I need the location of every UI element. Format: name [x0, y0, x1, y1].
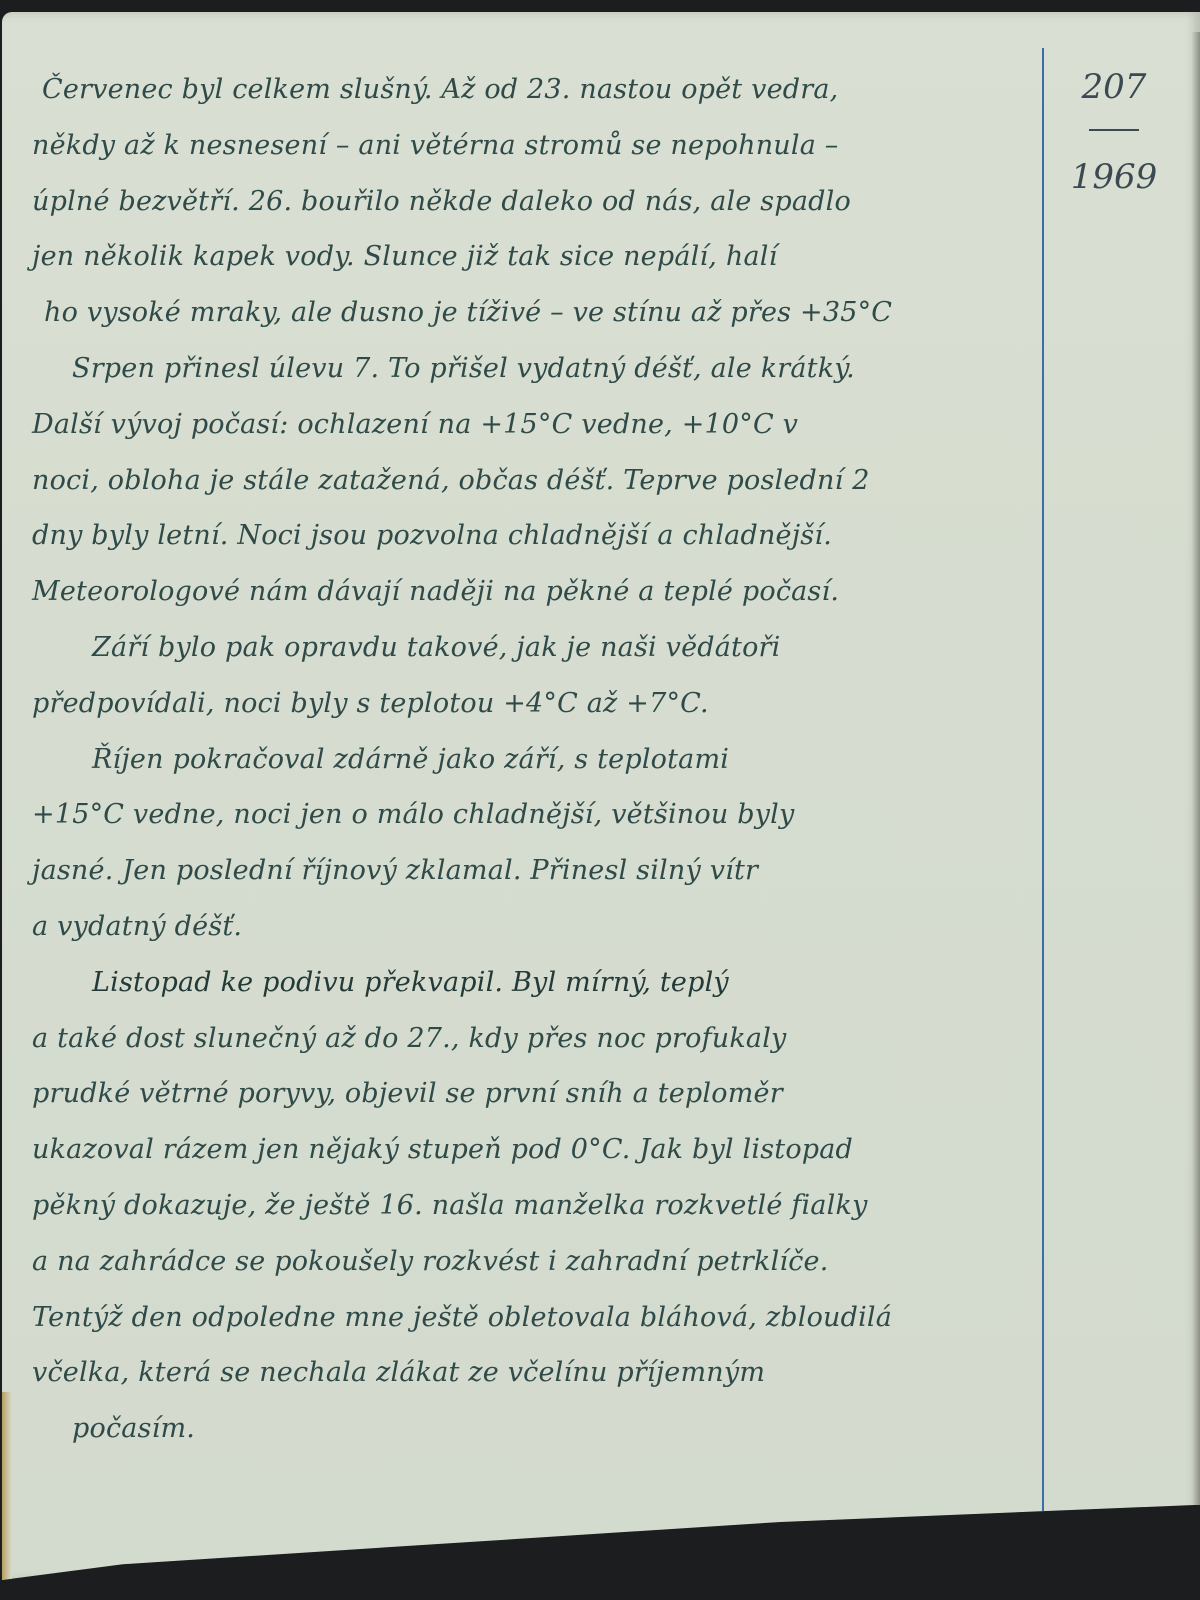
text-line: počasím.	[32, 1401, 1032, 1457]
text-line: úplné bezvětří. 26. bouřilo někde daleko…	[32, 174, 1032, 230]
text-line: +15°C vedne, noci jen o málo chladnější,…	[32, 787, 1032, 843]
margin-divider	[1089, 129, 1139, 131]
text-line: a vydatný déšť.	[32, 899, 1032, 955]
text-line: někdy až k nesnesení – ani větérna strom…	[32, 118, 1032, 174]
year-note: 1969	[1054, 157, 1174, 197]
text-line: ho vysoké mraky, ale dusno je tíživé – v…	[32, 285, 1032, 341]
text-line: prudké větrné poryvy, objevil se první s…	[32, 1066, 1032, 1122]
page-margin-edge	[1192, 32, 1200, 1512]
page-edge	[2, 1392, 12, 1582]
text-line: Srpen přinesl úlevu 7. To přišel vydatný…	[32, 341, 1032, 397]
text-line: Září bylo pak opravdu takové, jak je naš…	[32, 620, 1032, 676]
margin-rule-line	[1042, 48, 1044, 1548]
margin-notes: 207 1969	[1054, 67, 1174, 197]
text-line: ukazoval rázem jen nějaký stupeň pod 0°C…	[32, 1122, 1032, 1178]
text-line: dny byly letní. Noci jsou pozvolna chlad…	[32, 508, 1032, 564]
text-line: Tentýž den odpoledne mne ještě obletoval…	[32, 1290, 1032, 1346]
notebook-page: 207 1969 Červenec byl celkem slušný. Až …	[2, 12, 1200, 1580]
handwritten-text: Červenec byl celkem slušný. Až od 23. na…	[32, 62, 1032, 1457]
text-line: Listopad ke podivu překvapil. Byl mírný,…	[32, 955, 1032, 1011]
text-line: Říjen pokračoval zdárně jako září, s tep…	[32, 732, 1032, 788]
text-line: Meteorologové nám dávají naději na pěkné…	[32, 564, 1032, 620]
text-line: a také dost slunečný až do 27., kdy přes…	[32, 1011, 1032, 1067]
text-line: a na zahrádce se pokoušely rozkvést i za…	[32, 1234, 1032, 1290]
text-line: včelka, která se nechala zlákat ze včelí…	[32, 1345, 1032, 1401]
text-line: noci, obloha je stále zatažená, občas dé…	[32, 453, 1032, 509]
text-line: Další vývoj počasí: ochlazení na +15°C v…	[32, 397, 1032, 453]
text-line: jen několik kapek vody. Slunce již tak s…	[32, 229, 1032, 285]
text-line: Červenec byl celkem slušný. Až od 23. na…	[32, 62, 1032, 118]
text-line: jasné. Jen poslední říjnový zklamal. Při…	[32, 843, 1032, 899]
page-number: 207	[1054, 67, 1174, 107]
text-line: pěkný dokazuje, že ještě 16. našla manže…	[32, 1178, 1032, 1234]
text-line: předpovídali, noci byly s teplotou +4°C …	[32, 676, 1032, 732]
